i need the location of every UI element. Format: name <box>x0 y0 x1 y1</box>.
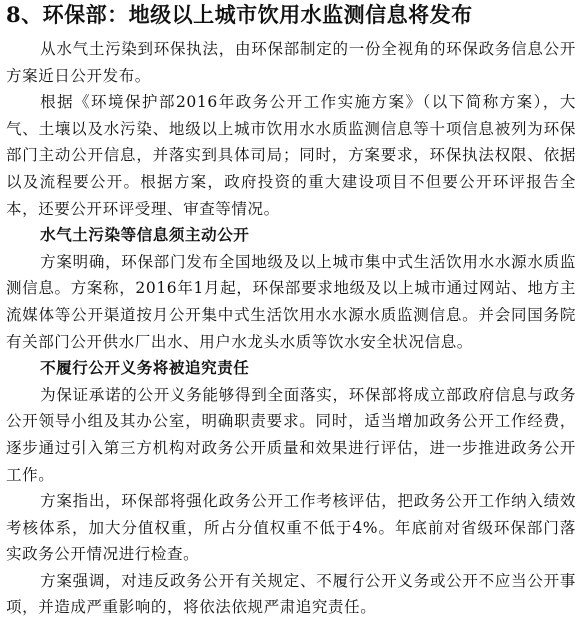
paragraph-assessment: 方案指出，环保部将强化政务公开工作考核评估，把政务公开工作纳入绩效考核体系，加大… <box>6 488 576 568</box>
subheading-proactive-disclosure: 水气土污染等信息须主动公开 <box>6 222 576 249</box>
paragraph-penalties: 方案强调，对违反政务公开有关规定、不履行公开义务或公开不应当公开事项，并造成严重… <box>6 568 576 621</box>
document-page: 8、环保部：地级以上城市饮用水监测信息将发布 从水气土污染到环保执法，由环保部制… <box>0 2 582 621</box>
paragraph-plan-overview: 根据《环境保护部2016年政务公开工作实施方案》（以下简称方案），大气、土壤以及… <box>6 89 576 222</box>
section-title: 8、环保部：地级以上城市饮用水监测信息将发布 <box>6 2 576 28</box>
subheading-accountability: 不履行公开义务将被追究责任 <box>6 355 576 382</box>
paragraph-water-monitoring: 方案明确，环保部门发布全国地级及以上城市集中式生活饮用水水源水质监测信息。方案称… <box>6 249 576 355</box>
paragraph-leadership-group: 为保证承诺的公开义务能够得到全面落实，环保部将成立部政府信息与政务公开领导小组及… <box>6 382 576 488</box>
paragraph-intro: 从水气土污染到环保执法，由环保部制定的一份全视角的环保政务信息公开方案近日公开发… <box>6 36 576 89</box>
